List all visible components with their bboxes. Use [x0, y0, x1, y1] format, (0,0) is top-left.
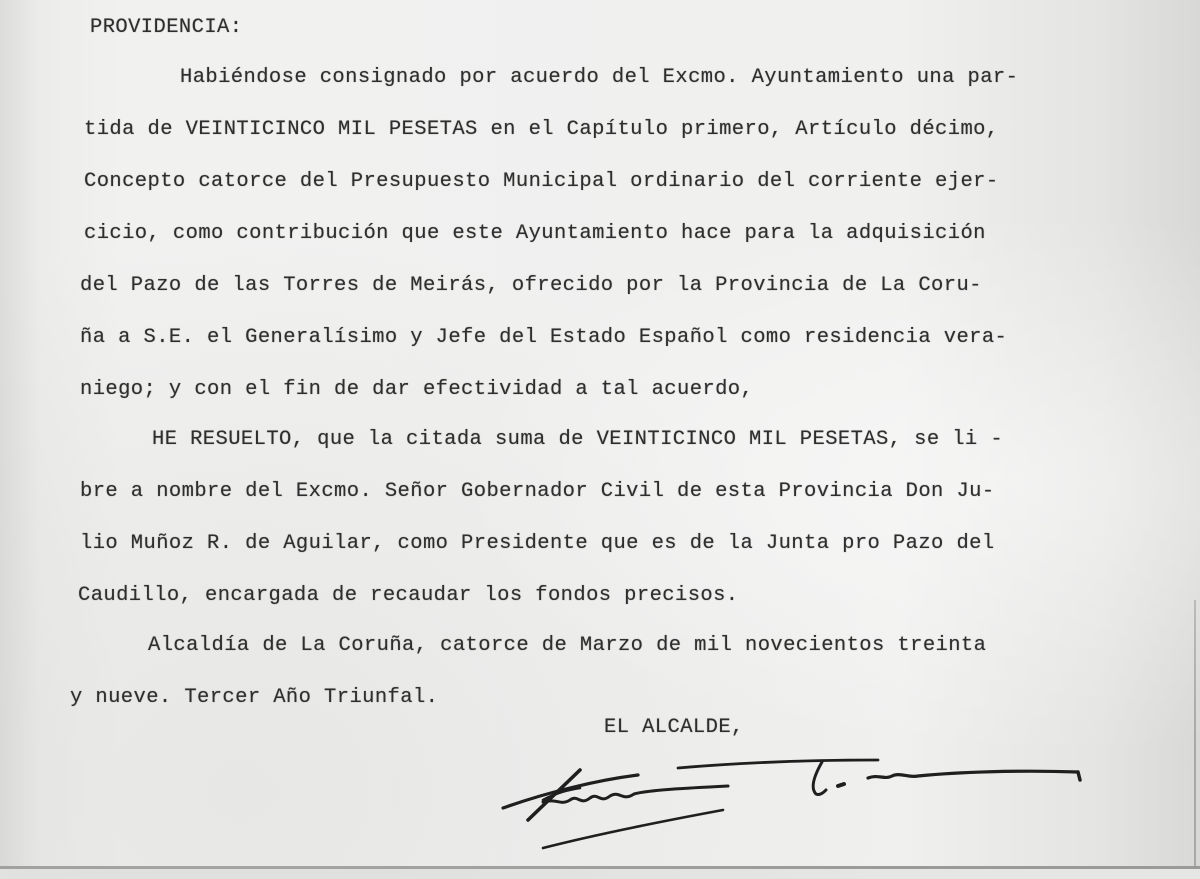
body-line: bre a nombre del Excmo. Señor Gobernador… [80, 480, 995, 503]
body-line: HE RESUELTO, que la citada suma de VEINT… [152, 428, 1003, 451]
document-heading: PROVIDENCIA: [90, 16, 242, 39]
body-line: Concepto catorce del Presupuesto Municip… [84, 170, 999, 193]
body-line: niego; y con el fin de dar efectividad a… [80, 378, 753, 401]
handwritten-signature-icon [488, 750, 1088, 860]
signatory-title: EL ALCALDE, [604, 716, 744, 739]
body-line: y nueve. Tercer Año Triunfal. [70, 686, 438, 709]
body-line: Habiéndose consignado por acuerdo del Ex… [180, 66, 1018, 89]
body-line: tida de VEINTICINCO MIL PESETAS en el Ca… [84, 118, 999, 141]
scanned-document-page: PROVIDENCIA: Habiéndose consignado por a… [0, 0, 1200, 879]
body-line: lio Muñoz R. de Aguilar, como Presidente… [80, 532, 995, 555]
body-line: del Pazo de las Torres de Meirás, ofreci… [80, 274, 982, 297]
body-line: Alcaldía de La Coruña, catorce de Marzo … [148, 634, 986, 657]
body-line: ña a S.E. el Generalísimo y Jefe del Est… [80, 326, 1007, 349]
body-line: Caudillo, encargada de recaudar los fond… [78, 584, 739, 607]
typed-document: PROVIDENCIA: Habiéndose consignado por a… [0, 0, 1200, 879]
body-line: cicio, como contribución que este Ayunta… [84, 222, 986, 245]
